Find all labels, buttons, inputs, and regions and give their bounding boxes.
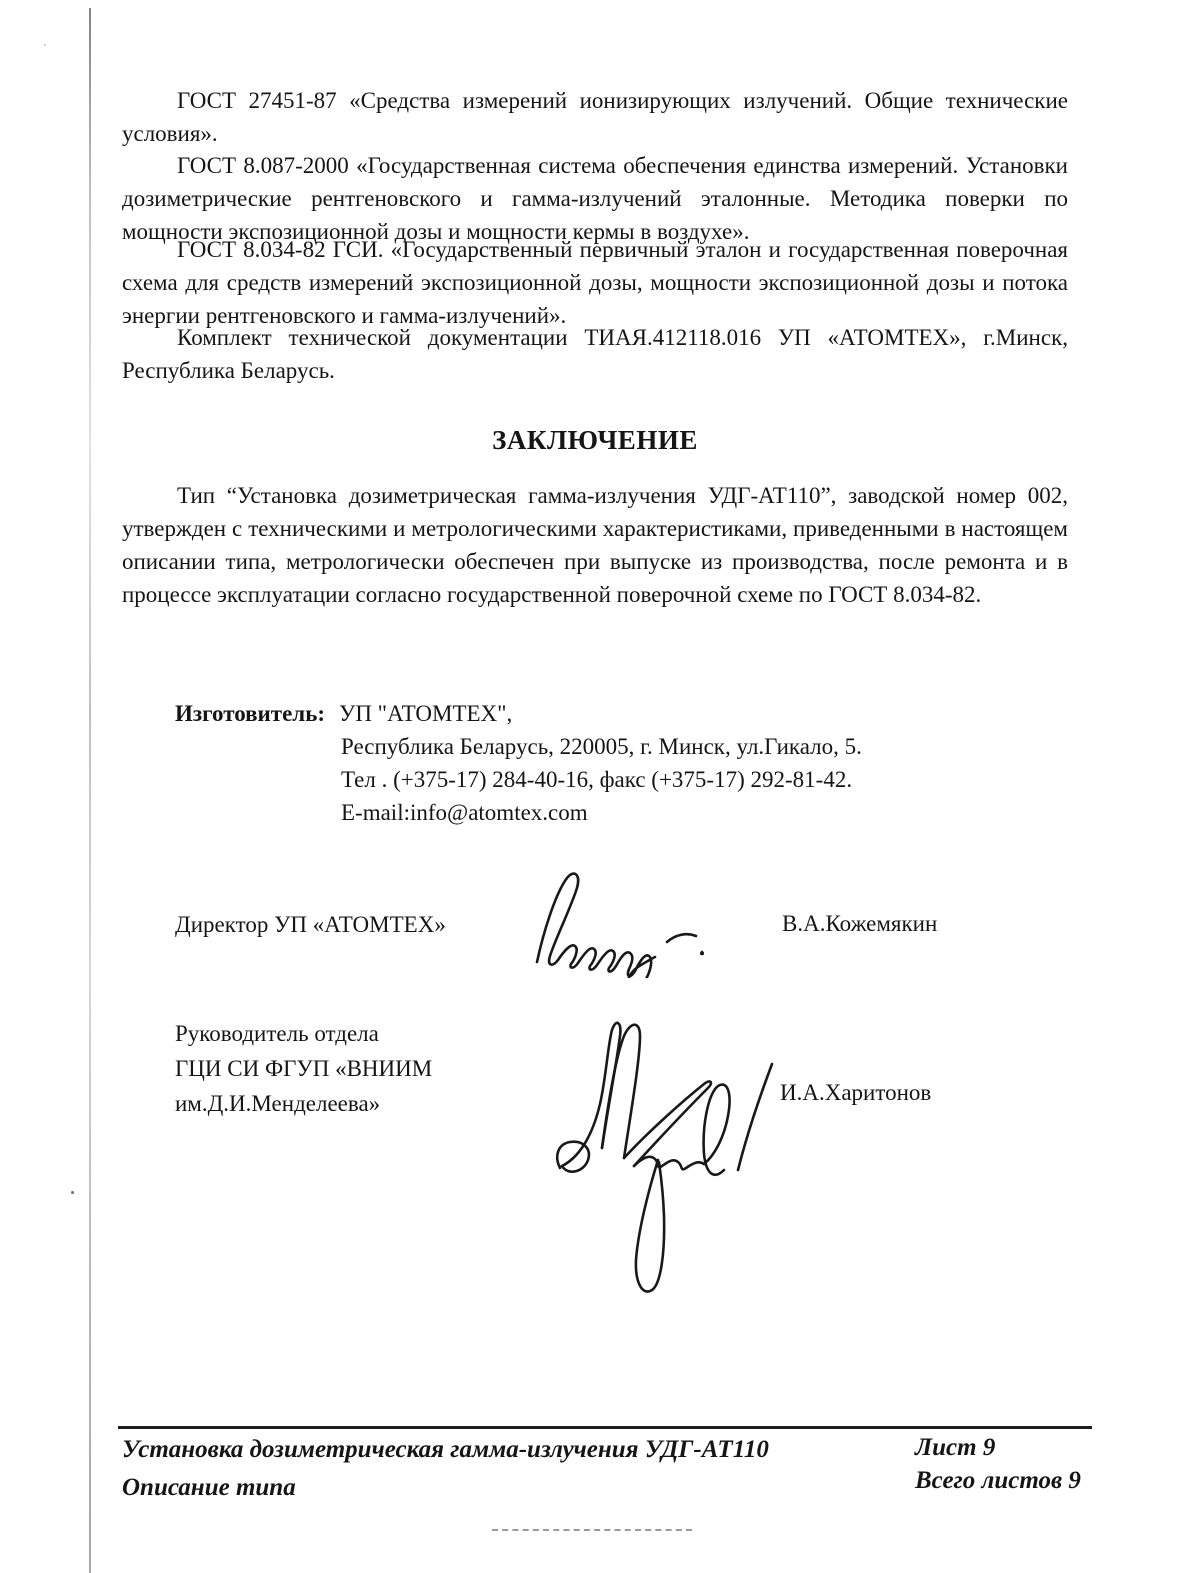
- conclusion-paragraph: Тип “Установка дозиметрическая гамма-изл…: [122, 479, 1068, 611]
- director-title: Директор УП «АТОМТЕХ»: [175, 907, 446, 942]
- manufacturer-label: Изготовитель:: [175, 701, 325, 726]
- reference-gost-27451-87: ГОСТ 27451-87 «Средства измерений ионизи…: [122, 84, 1068, 150]
- scan-artifact-dashed-line: [492, 1529, 692, 1531]
- vniim-head-signature: [548, 1008, 783, 1293]
- manufacturer-email: E-mail:info@atomtex.com: [341, 796, 862, 829]
- footer-document-title: Установка дозиметрическая гамма-излучени…: [122, 1431, 769, 1507]
- footer-rule: [118, 1426, 1092, 1429]
- footer-title-line1: Установка дозиметрическая гамма-излучени…: [122, 1431, 769, 1469]
- scan-artifact-dot: [71, 1191, 74, 1194]
- vniim-head-title-line1: Руководитель отдела: [175, 1016, 432, 1051]
- manufacturer-address: Республика Беларусь, 220005, г. Минск, у…: [341, 730, 862, 763]
- footer-page-info: Лист 9 Всего листов 9: [915, 1431, 1081, 1497]
- manufacturer-name: УП "АТОМТЕХ",: [339, 701, 512, 726]
- vniim-head-name: И.А.Харитонов: [780, 1076, 931, 1109]
- scanned-document-page: ГОСТ 27451-87 «Средства измерений ионизи…: [0, 0, 1181, 1573]
- scan-artifact-vertical-line: [89, 8, 91, 1573]
- manufacturer-phone-fax: Тел . (+375-17) 284-40-16, факс (+375-17…: [341, 763, 862, 796]
- scan-artifact-dot: [44, 44, 46, 46]
- footer-total-sheets: Всего листов 9: [915, 1464, 1081, 1497]
- vniim-head-title: Руководитель отдела ГЦИ СИ ФГУП «ВНИИМ и…: [175, 1016, 432, 1121]
- reference-technical-documentation: Комплект технической документации ТИАЯ.4…: [122, 321, 1068, 387]
- manufacturer-block: Изготовитель:УП "АТОМТЕХ", Республика Бе…: [175, 697, 862, 829]
- conclusion-heading: ЗАКЛЮЧЕНИЕ: [122, 424, 1068, 457]
- footer-sheet-number: Лист 9: [915, 1431, 1081, 1464]
- vniim-head-title-line3: им.Д.И.Менделеева»: [175, 1086, 432, 1121]
- reference-gost-8-034-82: ГОСТ 8.034-82 ГСИ. «Государственный перв…: [122, 233, 1068, 332]
- director-name: В.А.Кожемякин: [782, 907, 937, 940]
- footer-title-line2: Описание типа: [122, 1469, 769, 1507]
- vniim-head-title-line2: ГЦИ СИ ФГУП «ВНИИМ: [175, 1051, 432, 1086]
- director-signature: [515, 866, 710, 978]
